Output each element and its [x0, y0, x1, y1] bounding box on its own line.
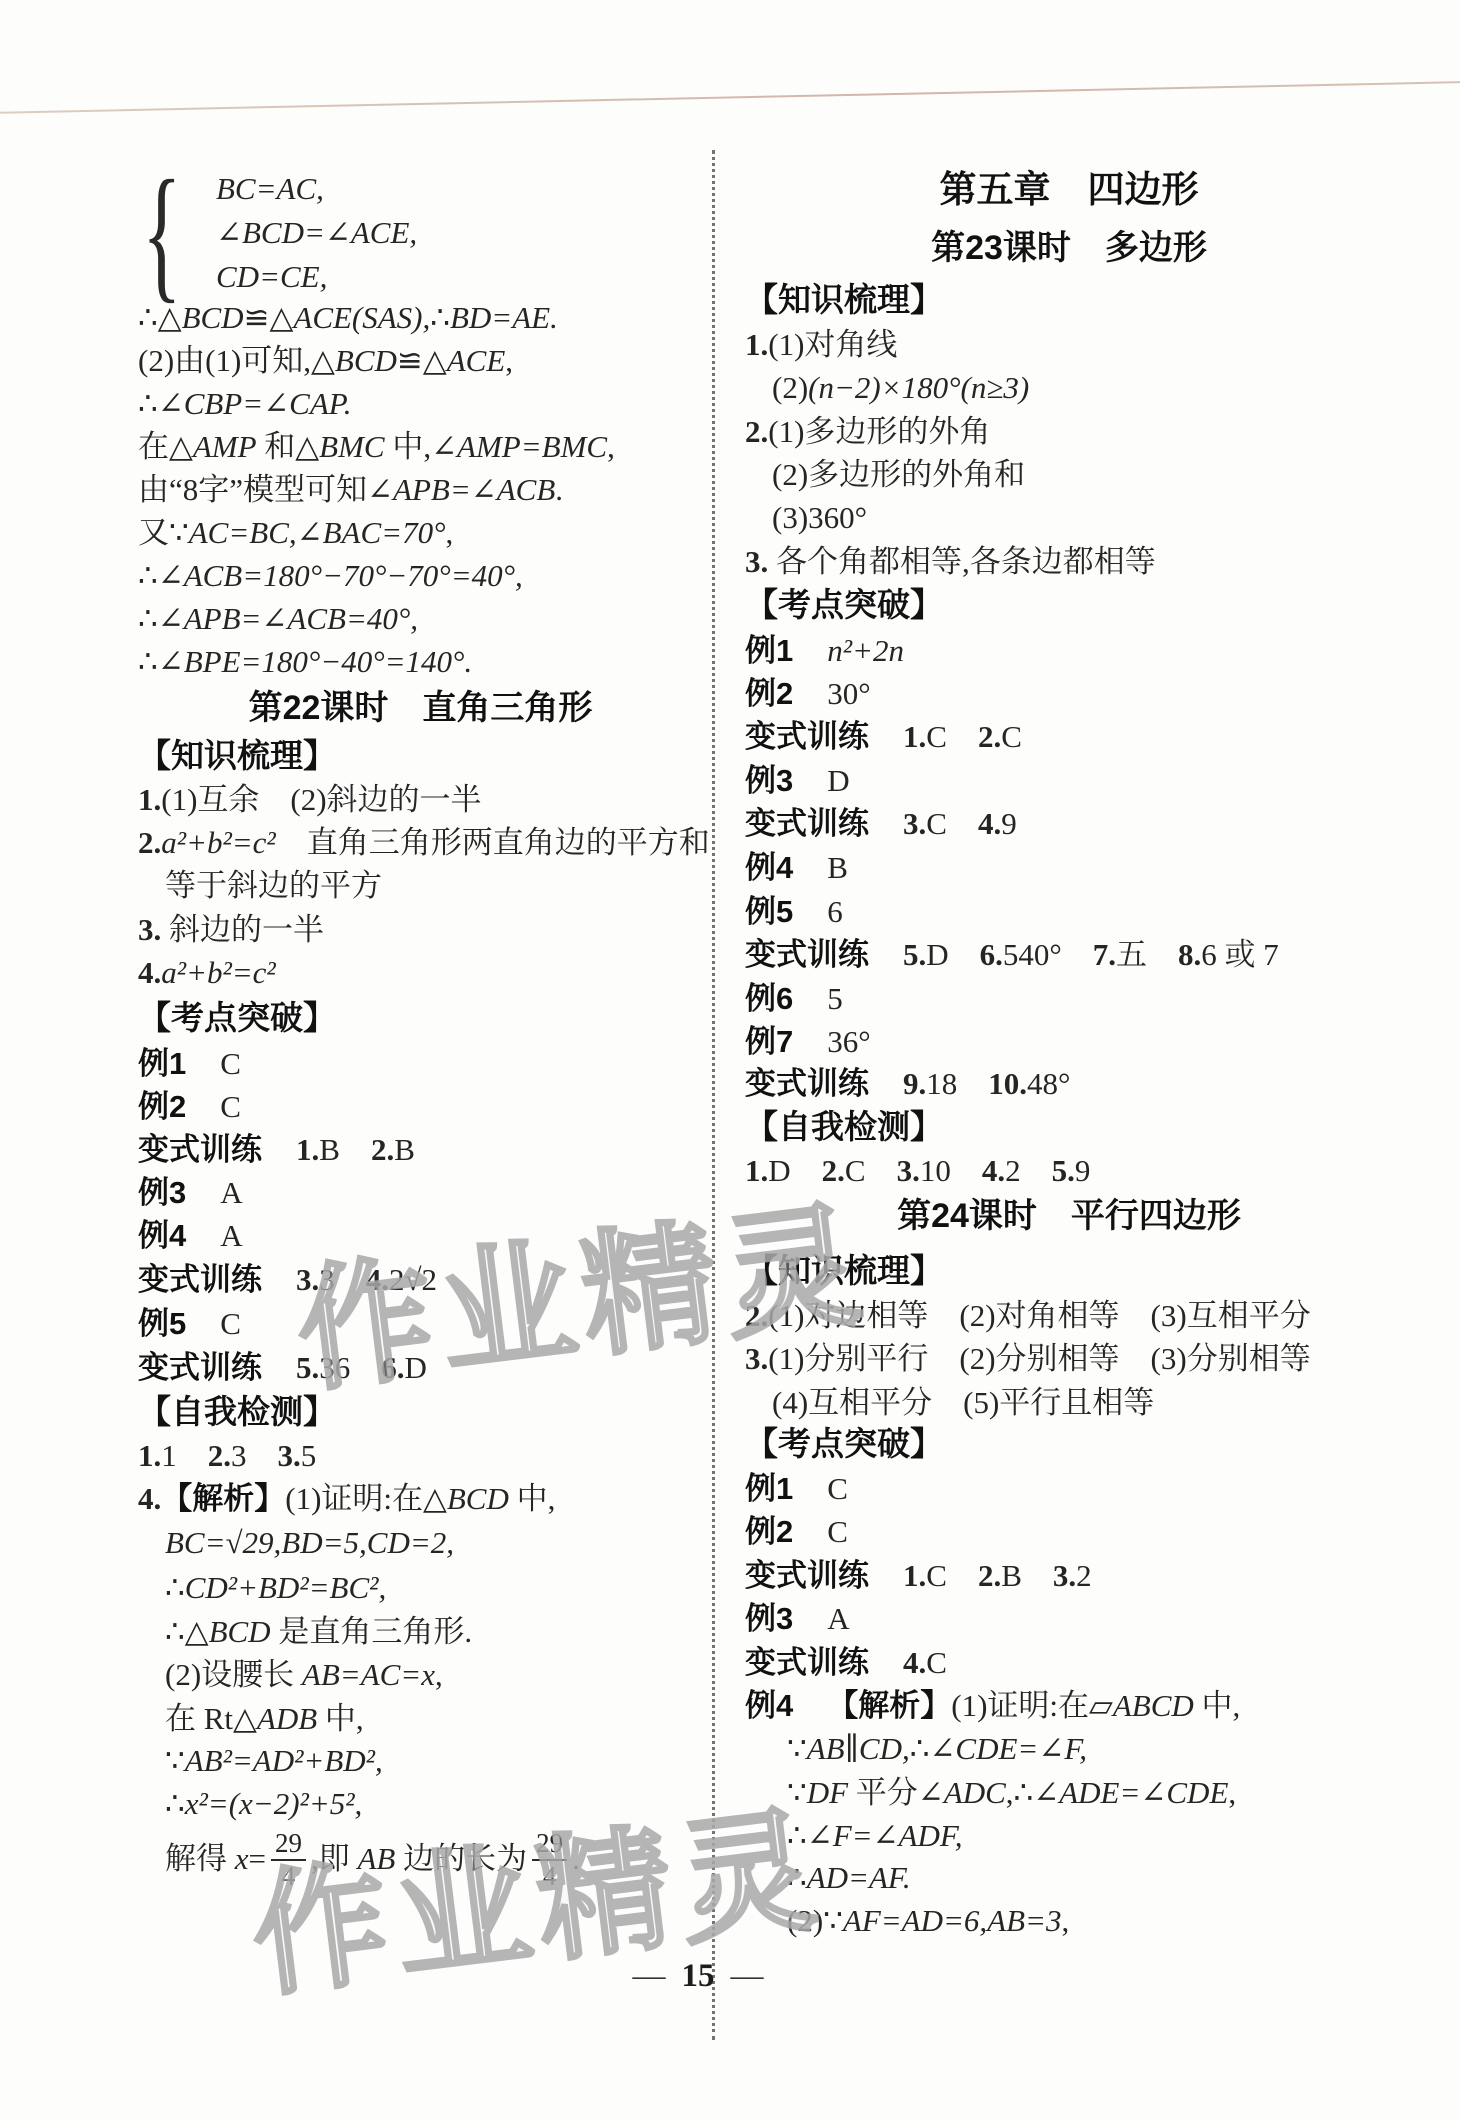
- page-number-dash: —: [633, 1958, 666, 1994]
- bold-label: 2.: [978, 1558, 1001, 1593]
- equation-system: {BC=AC,∠BCD=∠ACE,CD=CE,: [142, 158, 417, 308]
- text-line: ∴∠APB=∠ACB=40°,: [138, 597, 418, 641]
- bold-label: 10.: [988, 1066, 1027, 1101]
- text-span: 【知识梳理】: [138, 737, 336, 774]
- text-line: 1.(1)互余 (2)斜边的一半: [138, 778, 482, 822]
- text-line: (2)(n−2)×180°(n≥3): [745, 366, 1029, 410]
- section-label: 【自我检测】: [745, 1105, 943, 1149]
- answer-line: 例4B: [745, 846, 848, 890]
- bold-label: 1.: [903, 719, 926, 754]
- text-line: 4.【解析】(1)证明:在△BCD 中,: [138, 1477, 555, 1521]
- text-span: 6 或 7: [1201, 937, 1279, 972]
- fraction-numerator: 29: [532, 1830, 567, 1861]
- bold-label: 3.: [903, 806, 926, 841]
- text-span: 第23课时 多边形: [931, 229, 1207, 267]
- math-span: ∵AF=AD=6,AB=3: [823, 1903, 1061, 1938]
- text-line: ∴AD=AF.: [745, 1856, 911, 1900]
- text-line: 4.a²+b²=c²: [138, 951, 276, 995]
- bold-label: 8.: [1178, 937, 1201, 972]
- text-span: (1)证明:在: [285, 1481, 423, 1516]
- text-line: ∴CD²+BD²=BC²,: [138, 1566, 386, 1610]
- bold-label: 2.: [138, 825, 161, 860]
- math-span: n²+2n: [827, 633, 904, 668]
- page-number: —15—: [0, 1958, 1396, 1995]
- answer-label: 变式训练: [745, 806, 869, 841]
- math-span: △BMC: [295, 429, 384, 464]
- text-span: 边的长为: [395, 1841, 527, 1876]
- text-line: 3. 各个角都相等,各条边都相等: [745, 540, 1156, 584]
- text-span: 在: [138, 429, 169, 464]
- text-span: B: [394, 1132, 415, 1167]
- text-span: 36: [319, 1350, 381, 1385]
- brace-icon: {: [142, 158, 182, 308]
- bold-label: 1.: [903, 1558, 926, 1593]
- bold-label: 3.: [897, 1153, 920, 1188]
- text-span: .: [555, 472, 563, 507]
- equation-row: BC=AC,: [216, 167, 417, 211]
- text-span: B: [1001, 1558, 1053, 1593]
- text-span: 五: [1116, 937, 1178, 972]
- bold-label: 6.: [381, 1350, 404, 1385]
- text-line: 2.(1)对边相等 (2)对角相等 (3)互相平分: [745, 1294, 1311, 1338]
- equation-row: CD=CE,: [216, 255, 417, 299]
- section-label: 【知识梳理】: [745, 278, 943, 322]
- answer-line: 例4【解析】(1)证明:在▱ABCD 中,: [745, 1684, 1240, 1728]
- text-span: B: [827, 850, 848, 885]
- math-span: ∠AMP=BMC: [431, 429, 607, 464]
- answer-label: 例7: [745, 1024, 793, 1059]
- text-span: ,: [1006, 1775, 1014, 1810]
- text-span: BC=√29,BD=5,CD=2,: [165, 1525, 454, 1560]
- bold-label: 7.: [1093, 937, 1116, 972]
- text-span: 直角三角形两直角边的平方和: [276, 825, 710, 860]
- text-span: 2√2: [389, 1262, 437, 1297]
- bold-tag: 【解析】: [161, 1481, 285, 1516]
- bold-label: 4.: [138, 1481, 161, 1516]
- text-span: (1)互余 (2)斜边的一半: [161, 782, 481, 817]
- text-span: A: [220, 1175, 242, 1210]
- answer-line: 例1n²+2n: [745, 629, 904, 673]
- text-span: .: [572, 1841, 580, 1876]
- text-span: ∴CD²+BD²=BC²,: [165, 1570, 386, 1605]
- text-span: 3: [319, 1262, 366, 1297]
- answer-label: 变式训练: [745, 1066, 869, 1101]
- answer-line: 例2C: [745, 1510, 848, 1554]
- math-span: △BCD: [423, 1481, 509, 1516]
- section-label: 【考点突破】: [138, 996, 336, 1040]
- text-span: 5: [301, 1438, 317, 1473]
- answer-label: 例4: [745, 850, 793, 885]
- answer-label: 变式训练: [138, 1262, 262, 1297]
- answer-line: 例2C: [138, 1085, 241, 1129]
- text-span: 【考点突破】: [138, 999, 336, 1036]
- answer-line: 例5C: [138, 1302, 241, 1346]
- answer-label: 例3: [745, 763, 793, 798]
- bold-label: 2.: [371, 1132, 394, 1167]
- answer-line: 例4A: [138, 1214, 243, 1258]
- section-label: 【自我检测】: [138, 1390, 336, 1434]
- answer-label: 变式训练: [745, 719, 869, 754]
- text-line: 1.(1)对角线: [745, 323, 897, 367]
- text-span: 【自我检测】: [745, 1108, 943, 1145]
- math-span: AC=BC,∠BAC=70°: [189, 515, 446, 550]
- answer-label: 例4: [745, 1688, 793, 1723]
- section-label: 【知识梳理】: [138, 734, 336, 778]
- answer-line: 例230°: [745, 672, 871, 716]
- math-span: ∴△BCD: [165, 1614, 271, 1649]
- text-span: ∵AB²=AD²+BD²,: [165, 1743, 383, 1778]
- text-span: (2)设腰长: [165, 1657, 302, 1692]
- text-line: 等于斜边的平方: [138, 864, 382, 908]
- answer-label: 变式训练: [745, 937, 869, 972]
- text-span: 在 Rt: [165, 1701, 233, 1736]
- bold-label: 4.: [366, 1262, 389, 1297]
- text-span: C: [827, 1514, 848, 1549]
- bold-label: 2.: [208, 1438, 231, 1473]
- text-span: 18: [926, 1066, 988, 1101]
- text-span: 1: [161, 1438, 208, 1473]
- text-line: (3)360°: [745, 496, 867, 540]
- column-divider: [712, 150, 715, 2040]
- bold-label: 2.: [745, 414, 768, 449]
- text-span: ,: [1228, 1775, 1236, 1810]
- text-line: 1.D 2.C 3.10 4.2 5.9: [745, 1149, 1090, 1193]
- text-span: C: [220, 1089, 241, 1124]
- math-span: ∴∠ADE=∠CDE: [1014, 1775, 1229, 1810]
- text-span: ,即: [311, 1841, 358, 1876]
- text-span: 【考点突破】: [745, 586, 943, 623]
- bold-label: 3.: [138, 912, 161, 947]
- text-span: (2)多边形的外角和: [772, 457, 1025, 492]
- bold-label: 3.: [745, 1341, 768, 1376]
- text-line: 2.(1)多边形的外角: [745, 410, 990, 454]
- text-span: 5: [827, 981, 843, 1016]
- math-span: ABCD: [1113, 1688, 1194, 1723]
- math-span: AB=AC=x: [302, 1657, 435, 1692]
- text-line: ∵AB∥CD,∴∠CDE=∠F,: [745, 1727, 1087, 1771]
- text-span: 6: [827, 894, 843, 929]
- bold-label: 1.: [745, 1153, 768, 1188]
- bold-label: 1.: [745, 327, 768, 362]
- answer-label: 例2: [745, 1514, 793, 1549]
- text-span: D: [405, 1350, 427, 1385]
- bold-label: 3.: [296, 1262, 319, 1297]
- text-line: 3.(1)分别平行 (2)分别相等 (3)分别相等: [745, 1337, 1311, 1381]
- bold-label: 4.: [903, 1645, 926, 1680]
- text-line: 解得 x=294,即 AB 边的长为294.: [138, 1832, 580, 1876]
- answer-label: 例1: [138, 1046, 186, 1081]
- text-line: 1.1 2.3 3.5: [138, 1434, 316, 1478]
- text-span: (2)由(1)可知,: [138, 343, 311, 378]
- text-span: (2): [772, 370, 808, 405]
- text-span: C: [827, 1471, 848, 1506]
- lesson-heading: 第24课时 平行四边形: [745, 1194, 1393, 1238]
- answer-line: 例3A: [745, 1597, 850, 1641]
- text-span: 和: [257, 429, 296, 464]
- text-span: 3: [231, 1438, 278, 1473]
- text-span: 30°: [827, 676, 870, 711]
- text-span: 平分: [848, 1775, 918, 1810]
- text-span: D: [926, 937, 979, 972]
- answer-line: 例65: [745, 977, 843, 1021]
- answer-line: 例56: [745, 890, 843, 934]
- text-span: 【知识梳理】: [745, 281, 943, 318]
- bold-label: 5.: [1052, 1153, 1075, 1188]
- answer-line: 变式训练1.C 2.C: [745, 715, 1022, 759]
- text-span: 2: [1076, 1558, 1092, 1593]
- text-span: 第24课时 平行四边形: [897, 1197, 1241, 1235]
- text-line: BC=√29,BD=5,CD=2,: [138, 1521, 454, 1565]
- bold-label: 2.: [822, 1153, 845, 1188]
- answer-line: 例1C: [745, 1467, 848, 1511]
- answer-line: 例736°: [745, 1020, 871, 1064]
- bold-label: 5.: [903, 937, 926, 972]
- equation-rows: BC=AC,∠BCD=∠ACE,CD=CE,: [216, 167, 417, 299]
- math-span: x: [235, 1841, 249, 1876]
- equation-row: ∠BCD=∠ACE,: [216, 211, 417, 255]
- answer-label: 例2: [138, 1089, 186, 1124]
- bold-label: 9.: [903, 1066, 926, 1101]
- text-line: ∵AB²=AD²+BD²,: [138, 1739, 383, 1783]
- answer-line: 变式训练4.C: [745, 1641, 947, 1685]
- text-span: 【考点突破】: [745, 1425, 943, 1462]
- answer-line: 例3A: [138, 1171, 243, 1215]
- answer-label: 例2: [745, 676, 793, 711]
- text-line: ∴x²=(x−2)²+5²,: [138, 1782, 362, 1826]
- answer-label: 例3: [745, 1601, 793, 1636]
- text-span: ,: [1061, 1903, 1069, 1938]
- text-span: ,: [445, 515, 453, 550]
- section-label: 【考点突破】: [745, 1422, 943, 1466]
- bold-label: 4.: [978, 806, 1001, 841]
- answer-line: 变式训练1.B 2.B: [138, 1128, 415, 1172]
- bold-label: 3.: [1053, 1558, 1076, 1593]
- text-span: C: [220, 1306, 241, 1341]
- text-line: ∴△BCD≌△ACE(SAS),∴BD=AE.: [138, 296, 558, 340]
- bold-label: 3.: [278, 1438, 301, 1473]
- bold-label: 2.: [978, 719, 1001, 754]
- text-line: ∴∠F=∠ADF,: [745, 1814, 963, 1858]
- text-span: 2: [1005, 1153, 1052, 1188]
- text-span: A: [220, 1218, 242, 1253]
- text-span: C: [926, 1645, 947, 1680]
- text-span: C: [926, 1558, 978, 1593]
- text-span: 中,: [509, 1481, 556, 1516]
- text-line: (2)多边形的外角和: [745, 453, 1025, 497]
- answer-line: 变式训练3.C 4.9: [745, 802, 1017, 846]
- text-span: 540°: [1003, 937, 1093, 972]
- math-span: △AMP: [169, 429, 257, 464]
- text-span: 中,: [317, 1701, 364, 1736]
- text-line: (2)由(1)可知,△BCD≌△ACE,: [138, 339, 513, 383]
- text-span: ∴∠F=∠ADF,: [787, 1818, 963, 1853]
- math-span: a²+b²=c²: [161, 825, 275, 860]
- text-span: C: [926, 719, 978, 754]
- answer-label: 例1: [745, 1471, 793, 1506]
- math-span: (n−2)×180°(n≥3): [808, 370, 1029, 405]
- bold-label: 4.: [138, 955, 161, 990]
- text-line: 由“8字”模型可知∠APB=∠ACB.: [138, 468, 563, 512]
- text-span: 各个角都相等,各条边都相等: [768, 544, 1156, 579]
- text-span: ∴∠BPE=180°−40°=140°.: [138, 644, 472, 679]
- text-span: 9: [1001, 806, 1017, 841]
- bold-label: 2.: [745, 1298, 768, 1333]
- text-line: ∴△BCD 是直角三角形.: [138, 1610, 472, 1654]
- answer-line: 例1C: [138, 1042, 241, 1086]
- text-line: (4)互相平分 (5)平行且相等: [745, 1381, 1154, 1425]
- math-span: △BCD≌△ACE: [311, 343, 505, 378]
- text-span: D: [827, 763, 849, 798]
- text-span: ∴AD=AF.: [787, 1860, 911, 1895]
- bold-tag: 【解析】: [827, 1688, 951, 1723]
- text-span: (3)360°: [772, 500, 867, 535]
- answer-label: 变式训练: [138, 1132, 262, 1167]
- math-span: a²+b²=c²: [161, 955, 275, 990]
- section-label: 【知识梳理】: [745, 1249, 943, 1293]
- answer-label: 变式训练: [745, 1558, 869, 1593]
- text-line: (2)∵AF=AD=6,AB=3,: [745, 1899, 1069, 1943]
- text-span: (4)互相平分 (5)平行且相等: [772, 1385, 1154, 1420]
- text-span: 10: [920, 1153, 982, 1188]
- lesson-heading: 第23课时 多边形: [745, 226, 1393, 270]
- text-span: (1)对边相等 (2)对角相等 (3)互相平分: [768, 1298, 1310, 1333]
- text-span: 是直角三角形.: [271, 1614, 473, 1649]
- fraction-denominator: 4: [532, 1861, 567, 1890]
- text-span: (1)多边形的外角: [768, 414, 990, 449]
- answer-label: 例4: [138, 1218, 186, 1253]
- text-span: 中,: [1194, 1688, 1241, 1723]
- text-span: ,: [607, 429, 615, 464]
- fraction-numerator: 29: [271, 1830, 306, 1861]
- bold-label: 6.: [980, 937, 1003, 972]
- bold-label: 1.: [138, 1438, 161, 1473]
- text-span: C: [220, 1046, 241, 1081]
- math-span: ∵DF: [787, 1775, 848, 1810]
- right-column: 第五章 四边形第23课时 多边形【知识梳理】1.(1)对角线(2)(n−2)×1…: [745, 0, 1393, 2121]
- text-span: 斜边的一半: [161, 912, 324, 947]
- fraction: 294: [532, 1830, 567, 1890]
- text-span: ∴x²=(x−2)²+5²,: [165, 1786, 362, 1821]
- text-span: 又∵: [138, 515, 189, 550]
- text-span: C: [845, 1153, 897, 1188]
- answer-label: 例1: [745, 633, 793, 668]
- lesson-heading: 第22课时 直角三角形: [138, 686, 703, 730]
- text-line: ∴∠BPE=180°−40°=140°.: [138, 640, 472, 684]
- text-line: ∵DF 平分∠ADC,∴∠ADE=∠CDE,: [745, 1771, 1236, 1815]
- math-span: ∠ADC: [918, 1775, 1006, 1810]
- text-span: ,: [435, 1657, 443, 1692]
- text-span: (1)分别平行 (2)分别相等 (3)分别相等: [768, 1341, 1310, 1376]
- text-span: 中,: [385, 429, 432, 464]
- answer-label: 例5: [138, 1306, 186, 1341]
- text-line: 在△AMP 和△BMC 中,∠AMP=BMC,: [138, 425, 615, 469]
- text-span: C: [926, 806, 978, 841]
- section-label: 【考点突破】: [745, 583, 943, 627]
- text-span: 等于斜边的平方: [165, 868, 382, 903]
- text-span: (2): [787, 1903, 823, 1938]
- text-span: 9: [1075, 1153, 1091, 1188]
- text-line: 在 Rt△ADB 中,: [138, 1697, 364, 1741]
- math-span: AB: [358, 1841, 396, 1876]
- answer-label: 例3: [138, 1175, 186, 1210]
- left-column: {BC=AC,∠BCD=∠ACE,CD=CE,∴△BCD≌△ACE(SAS),∴…: [138, 0, 703, 2121]
- text-span: ∴∠APB=∠ACB=40°,: [138, 601, 418, 636]
- text-span: ∵AB∥CD,∴∠CDE=∠F,: [787, 1731, 1087, 1766]
- text-line: (2)设腰长 AB=AC=x,: [138, 1653, 443, 1697]
- answer-label: 例6: [745, 981, 793, 1016]
- text-span: ∴∠ACB=180°−70°−70°=40°,: [138, 558, 523, 593]
- text-line: 3. 斜边的一半: [138, 908, 324, 952]
- text-span: ∴△BCD≌△ACE(SAS),∴BD=AE.: [138, 300, 558, 335]
- text-span: 【自我检测】: [138, 1393, 336, 1430]
- text-line: 又∵AC=BC,∠BAC=70°,: [138, 511, 453, 555]
- math-span: ∠APB=∠ACB: [367, 472, 555, 507]
- text-span: 【知识梳理】: [745, 1252, 943, 1289]
- answer-label: 变式训练: [138, 1350, 262, 1385]
- answer-line: 变式训练1.C 2.B 3.2: [745, 1554, 1092, 1598]
- scanned-page: {BC=AC,∠BCD=∠ACE,CD=CE,∴△BCD≌△ACE(SAS),∴…: [0, 0, 1460, 2121]
- text-line: ∴∠ACB=180°−70°−70°=40°,: [138, 554, 523, 598]
- chapter-heading: 第五章 四边形: [745, 168, 1393, 212]
- answer-line: 例3D: [745, 759, 850, 803]
- text-span: 第五章 四边形: [940, 169, 1199, 210]
- bold-label: 3.: [745, 544, 768, 579]
- text-span: ,: [505, 343, 513, 378]
- text-span: (1)证明:在▱: [951, 1688, 1113, 1723]
- answer-label: 例5: [745, 894, 793, 929]
- text-line: ∴∠CBP=∠CAP.: [138, 382, 351, 426]
- text-span: B: [319, 1132, 371, 1167]
- text-span: 第22课时 直角三角形: [249, 689, 593, 727]
- math-span: △ADB: [233, 1701, 317, 1736]
- text-span: 解得: [165, 1841, 235, 1876]
- text-span: 36°: [827, 1024, 870, 1059]
- bold-label: 5.: [296, 1350, 319, 1385]
- answer-line: 变式训练5.36 6.D: [138, 1346, 427, 1390]
- text-span: ∴∠CBP=∠CAP.: [138, 386, 351, 421]
- fraction-denominator: 4: [271, 1861, 306, 1890]
- text-span: (1)对角线: [768, 327, 897, 362]
- answer-line: 变式训练5.D 6.540° 7.五 8.6 或 7: [745, 933, 1279, 977]
- text-span: 由“8字”模型可知: [138, 472, 367, 507]
- bold-label: 1.: [138, 782, 161, 817]
- text-span: C: [1001, 719, 1022, 754]
- answer-line: 变式训练9.18 10.48°: [745, 1062, 1070, 1106]
- bold-label: 1.: [296, 1132, 319, 1167]
- answer-line: 变式训练3.3 4.2√2: [138, 1258, 437, 1302]
- answer-label: 变式训练: [745, 1645, 869, 1680]
- text-span: D: [768, 1153, 821, 1188]
- text-line: 2.a²+b²=c² 直角三角形两直角边的平方和: [138, 821, 710, 865]
- text-span: A: [827, 1601, 849, 1636]
- text-span: =: [249, 1841, 266, 1876]
- bold-label: 4.: [982, 1153, 1005, 1188]
- text-span: 48°: [1027, 1066, 1070, 1101]
- fraction: 294: [271, 1830, 306, 1890]
- page-number-dash: —: [731, 1958, 764, 1994]
- page-number-value: 15: [682, 1958, 715, 1994]
